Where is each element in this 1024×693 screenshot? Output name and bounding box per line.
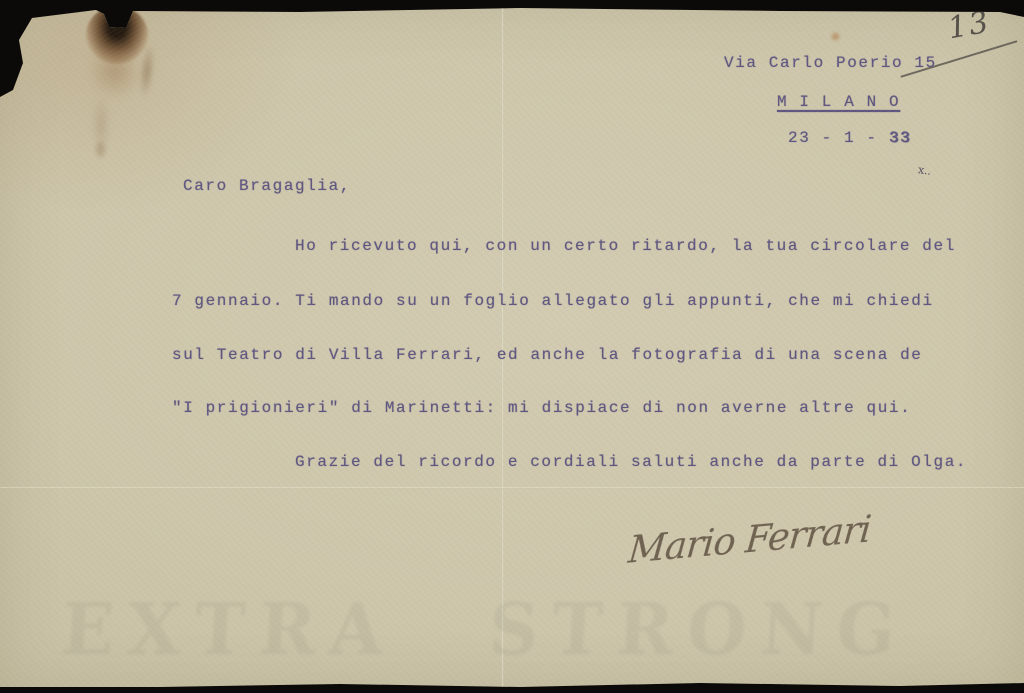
scanned-letter-page: EXTRA STRONG 13 x.. Via Carlo Poerio 15 … (0, 0, 1024, 693)
ink-burn-stain (86, 6, 148, 64)
vertical-fold-crease (501, 8, 504, 687)
stain-dot (96, 142, 105, 157)
header-date-overstrike: 33 (890, 128, 912, 148)
salutation: Caro Bragaglia, (183, 176, 351, 196)
header-address: Via Carlo Poerio 15 (724, 53, 937, 73)
header-date: 23 - 1 - 33 (788, 128, 911, 148)
body-line: Ho ricevuto qui, con un certo ritardo, l… (295, 236, 956, 256)
stray-ink-mark: x.. (917, 163, 932, 178)
stain-halo (88, 42, 142, 100)
pencil-slash-mark (900, 40, 1017, 78)
body-line: "I prigionieri" di Marinetti: mi dispiac… (172, 398, 911, 418)
body-line: Grazie del ricordo e cordiali saluti anc… (295, 452, 967, 472)
paper-sheet: EXTRA STRONG 13 x.. Via Carlo Poerio 15 … (0, 0, 1024, 693)
paper-watermark: EXTRA STRONG (60, 588, 984, 672)
horizontal-fold-crease (0, 487, 1024, 489)
stain-drip (92, 96, 110, 152)
body-line: sul Teatro di Villa Ferrari, ed anche la… (172, 345, 923, 365)
fox-spot (830, 31, 841, 42)
header-city: M I L A N O (777, 92, 900, 112)
archive-number-annotation: 13 (945, 5, 993, 47)
handwritten-signature: Mario Ferrari (627, 507, 873, 572)
body-line: 7 gennaio. Ti mando su un foglio allegat… (172, 291, 934, 311)
stain-streak (137, 43, 157, 98)
